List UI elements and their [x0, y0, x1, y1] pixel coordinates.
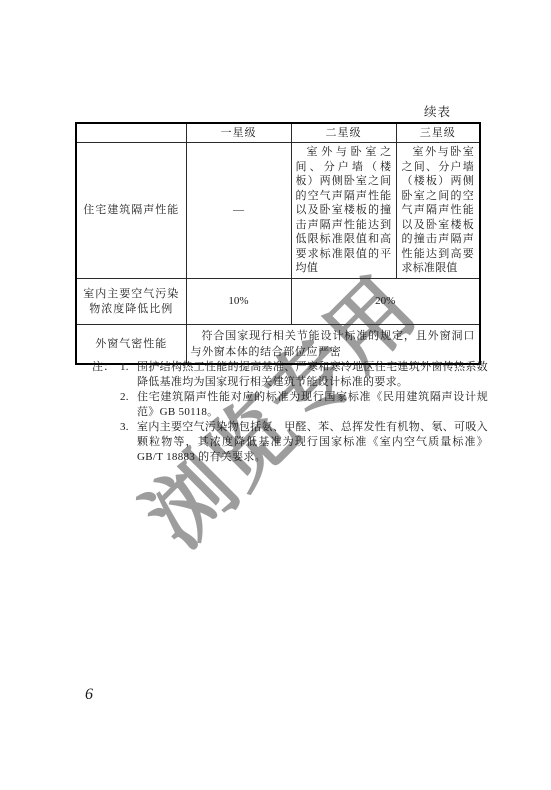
- note-2-text: 住宅建筑隔声性能对应的标准为现行国家标准《民用建筑隔声设计规范》GB 50118…: [137, 390, 488, 420]
- note-3-number: 3.: [120, 420, 137, 465]
- continued-table-label: 续表: [424, 102, 451, 120]
- note-item-3: 3. 室内主要空气污染物包括氨、甲醛、苯、总挥发性有机物、氡、可吸入颗粒物等，其…: [92, 420, 488, 465]
- document-page: 浏览专用 续表 一星级 二星级 三星级 住宅建筑隔声性能 — 室外与卧室之间、分…: [0, 0, 551, 790]
- note-3-text: 室内主要空气污染物包括氨、甲醛、苯、总挥发性有机物、氡、可吸入颗粒物等，其浓度降…: [137, 420, 488, 465]
- header-one-star: 一星级: [186, 123, 291, 143]
- notes-prefix-spacer-3: [92, 420, 120, 465]
- table-row-window-airtightness: 外窗气密性能 符合国家现行相关节能设计标准的规定，且外窗洞口与外窗本体的结合部位…: [76, 325, 480, 365]
- note-1-number: 1.: [120, 360, 137, 390]
- notes-prefix-spacer-2: [92, 390, 120, 420]
- row-label-air-pollutant: 室内主要空气污染物浓度降低比例: [76, 279, 186, 325]
- cell-sound-one-star: —: [186, 143, 291, 279]
- row-label-window-airtightness: 外窗气密性能: [76, 325, 186, 365]
- cell-sound-two-star: 室外与卧室之间、分户墙（楼板）两侧卧室之间的空气声隔声性能以及卧室楼板的撞击声隔…: [291, 143, 396, 279]
- cell-pollutant-one-star: 10%: [186, 279, 291, 325]
- table-row-air-pollutant: 室内主要空气污染物浓度降低比例 10% 20%: [76, 279, 480, 325]
- cell-sound-three-star: 室外与卧室之间、分户墙（楼板）两侧卧室之间的空气声隔声性能以及卧室楼板的撞击声隔…: [396, 143, 480, 279]
- header-three-star: 三星级: [396, 123, 480, 143]
- note-1-text: 围护结构热工性能的提高基准、严寒和寒冷地区住宅建筑外窗传热系数降低基准均为国家现…: [137, 360, 488, 390]
- star-rating-table: 一星级 二星级 三星级 住宅建筑隔声性能 — 室外与卧室之间、分户墙（楼板）两侧…: [75, 122, 481, 365]
- notes-prefix: 注：: [92, 360, 120, 390]
- note-2-number: 2.: [120, 390, 137, 420]
- header-two-star: 二星级: [291, 123, 396, 143]
- row-label-sound-insulation: 住宅建筑隔声性能: [76, 143, 186, 279]
- cell-airtightness-all-star: 符合国家现行相关节能设计标准的规定，且外窗洞口与外窗本体的结合部位应严密: [186, 325, 480, 365]
- table-row-sound-insulation: 住宅建筑隔声性能 — 室外与卧室之间、分户墙（楼板）两侧卧室之间的空气声隔声性能…: [76, 143, 480, 279]
- table-notes: 注： 1. 围护结构热工性能的提高基准、严寒和寒冷地区住宅建筑外窗传热系数降低基…: [92, 360, 488, 465]
- header-empty-cell: [76, 123, 186, 143]
- note-item-1: 注： 1. 围护结构热工性能的提高基准、严寒和寒冷地区住宅建筑外窗传热系数降低基…: [92, 360, 488, 390]
- cell-pollutant-two-three-star: 20%: [291, 279, 480, 325]
- note-item-2: 2. 住宅建筑隔声性能对应的标准为现行国家标准《民用建筑隔声设计规范》GB 50…: [92, 390, 488, 420]
- page-number: 6: [85, 686, 93, 704]
- table-header-row: 一星级 二星级 三星级: [76, 123, 480, 143]
